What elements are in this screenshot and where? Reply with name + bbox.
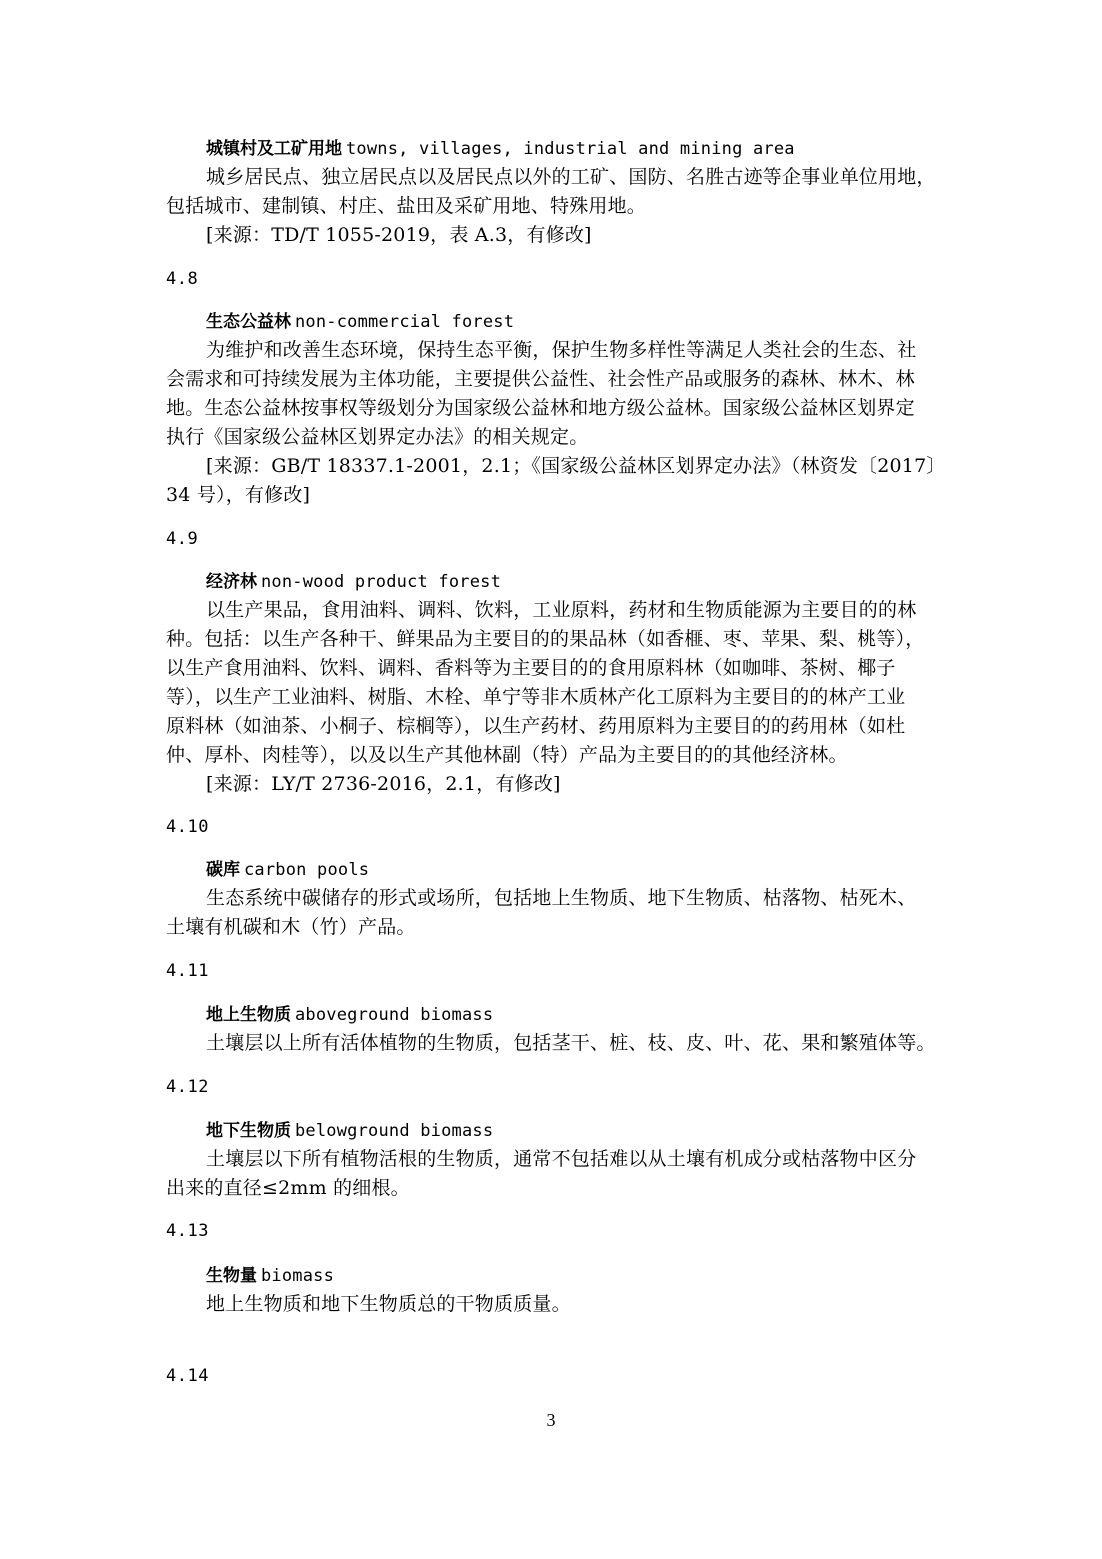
term-cn: 碳库: [206, 860, 240, 880]
definition-line: 种。包括：以生产各种干、鲜果品为主要目的的果品林（如香榧、枣、苹果、梨、桃等），: [166, 625, 925, 654]
definition-line: 土壤层以上所有活体植物的生物质，包括茎干、桩、枝、皮、叶、花、果和繁殖体等。: [206, 1029, 936, 1058]
definition-line: 以生产果品，食用油料、调料、饮料，工业原料，药材和生物质能源为主要目的的林: [206, 596, 916, 625]
document-page: 城镇村及工矿用地towns, villages, industrial and …: [0, 0, 1102, 1559]
definition-line: 地。生态公益林按事权等级划分为国家级公益林和地方级公益林。国家级公益林区划界定: [166, 394, 915, 423]
term-heading: 地下生物质belowground biomass: [206, 1119, 493, 1143]
term-heading: 生物量biomass: [206, 1264, 334, 1288]
definition-line: 以生产食用油料、饮料、调料、香料等为主要目的的食用原料林（如咖啡、茶树、椰子: [166, 654, 896, 683]
term-cn: 城镇村及工矿用地: [206, 139, 342, 159]
definition-line: 土壤有机碳和木（竹）产品。: [166, 913, 416, 942]
clause-number: 4.13: [166, 1219, 209, 1243]
definition-line: 土壤层以下所有植物活根的生物质，通常不包括难以从土壤有机成分或枯落物中区分: [206, 1145, 916, 1174]
definition-line: 包括城市、建制镇、村庄、盐田及采矿用地、特殊用地。: [166, 192, 646, 221]
clause-number: 4.11: [166, 959, 209, 983]
term-en: non-commercial forest: [295, 312, 514, 332]
source-line: 34 号），有修改]: [166, 481, 310, 510]
term-heading: 生态公益林non-commercial forest: [206, 310, 514, 334]
definition-line: 等），以生产工业油料、树脂、木栓、单宁等非木质林产化工原料为主要目的的林产工业: [166, 683, 905, 712]
term-heading: 城镇村及工矿用地towns, villages, industrial and …: [206, 137, 795, 161]
definition-line: 出来的直径≤2mm 的细根。: [166, 1174, 410, 1203]
term-heading: 经济林non-wood product forest: [206, 570, 501, 594]
term-cn: 生物量: [206, 1266, 257, 1286]
definition-line: 城乡居民点、独立居民点以及居民点以外的工矿、国防、名胜古迹等企事业单位用地，: [206, 163, 936, 192]
source-line: [来源：LY/T 2736-2016，2.1，有修改]: [206, 770, 561, 799]
term-cn: 地下生物质: [206, 1121, 291, 1141]
term-heading: 地上生物质aboveground biomass: [206, 1003, 493, 1027]
term-cn: 经济林: [206, 572, 257, 592]
definition-line: 原料林（如油茶、小桐子、棕榈等），以生产药材、药用原料为主要目的的药用林（如杜: [166, 712, 905, 741]
term-en: aboveground biomass: [295, 1005, 493, 1025]
term-heading: 碳库carbon pools: [206, 858, 369, 882]
definition-line: 仲、厚朴、肉桂等），以及以生产其他林副（特）产品为主要目的的其他经济林。: [166, 741, 848, 770]
definition-line: 地上生物质和地下生物质总的干物质质量。: [206, 1290, 571, 1319]
term-en: belowground biomass: [295, 1121, 493, 1141]
term-en: non-wood product forest: [261, 572, 501, 592]
definition-line: 执行《国家级公益林区划界定办法》的相关规定。: [166, 423, 588, 452]
clause-number: 4.10: [166, 815, 209, 839]
term-cn: 生态公益林: [206, 312, 291, 332]
definition-line: 为维护和改善生态环境，保持生态平衡，保护生物多样性等满足人类社会的生态、社: [206, 336, 916, 365]
term-cn: 地上生物质: [206, 1005, 291, 1025]
clause-number: 4.9: [166, 527, 198, 551]
definition-line: 生态系统中碳储存的形式或场所，包括地上生物质、地下生物质、枯落物、枯死木、: [206, 884, 916, 913]
clause-number: 4.12: [166, 1075, 209, 1099]
clause-number: 4.14: [166, 1364, 209, 1388]
term-en: biomass: [261, 1266, 334, 1286]
page-number: 3: [0, 1410, 1102, 1431]
term-en: carbon pools: [244, 860, 369, 880]
clause-number: 4.8: [166, 267, 198, 291]
term-en: towns, villages, industrial and mining a…: [346, 139, 795, 159]
definition-line: 会需求和可持续发展为主体功能，主要提供公益性、社会性产品或服务的森林、林木、林: [166, 365, 915, 394]
source-line: [来源：GB/T 18337.1-2001，2.1；《国家级公益林区划界定办法》…: [206, 452, 946, 481]
source-line: [来源：TD/T 1055-2019，表 A.3，有修改]: [206, 221, 592, 250]
